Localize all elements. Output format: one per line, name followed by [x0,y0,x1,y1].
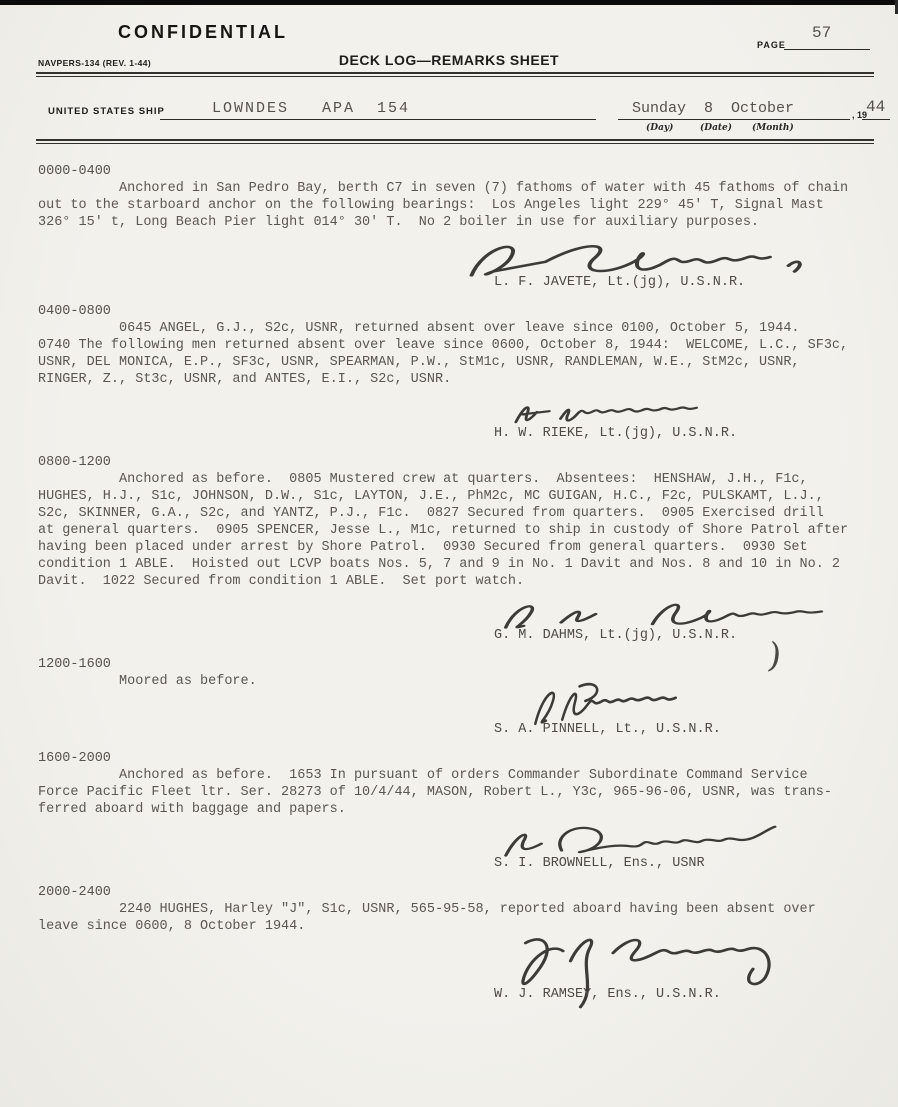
log-entry: 1600-2000 Anchored as before. 1653 In pu… [38,751,878,871]
entry-remarks-text: 0645 ANGEL, G.J., S2c, USNR, returned ab… [38,320,878,388]
deck-log-page: CONFIDENTIAL PAGE 57 NAVPERS-134 (REV. 1… [0,0,898,1107]
year-rule [862,119,890,120]
signature-block: G. M. DAHMS, Lt.(jg), U.S.N.R. [438,592,878,643]
month-caption: (Month) [752,123,794,133]
entry-remarks-text: 2240 HUGHES, Harley "J", S1c, USNR, 565-… [38,901,878,935]
signature-typed-name: L. F. JAVETE, Lt.(jg), U.S.N.R. [438,275,878,290]
page-number-rule [784,49,870,50]
log-entry: 2000-2400 2240 HUGHES, Harley "J", S1c, … [38,885,878,1002]
day-caption: (Day) [646,123,673,133]
subheader-rule [36,139,874,144]
classification-stamp: CONFIDENTIAL [118,22,288,43]
signature-typed-name: W. J. RAMSEY, Ens., U.S.N.R. [438,987,878,1002]
signature-block: H. W. RIEKE, Lt.(jg), U.S.N.R. [438,390,878,441]
year-typed: 44 [866,98,885,116]
signature-block: S. A. PINNELL, Lt., U.S.N.R. [438,676,878,737]
entry-time-range: 1200-1600 [38,657,878,672]
handwritten-signature-icon [493,931,793,1015]
ship-label: UNITED STATES SHIP [48,106,165,117]
signature-typed-name: H. W. RIEKE, Lt.(jg), U.S.N.R. [438,426,878,441]
entry-remarks-text: Anchored as before. 0805 Mustered crew a… [38,471,878,590]
page-label: PAGE [757,40,786,50]
entry-remarks-text: Anchored as before. 1653 In pursuant of … [38,767,878,818]
entry-time-range: 0000-0400 [38,164,878,179]
log-entry: 0400-0800 0645 ANGEL, G.J., S2c, USNR, r… [38,304,878,441]
log-entry: 1200-1600 Moored as before.S. A. PINNELL… [38,657,878,737]
signature-block: L. F. JAVETE, Lt.(jg), U.S.N.R. [438,233,878,290]
date-rule [618,119,850,120]
page-number: 57 [812,24,831,42]
log-entry: 0000-0400 Anchored in San Pedro Bay, ber… [38,164,878,290]
ship-name: LOWNDES APA 154 [212,100,410,117]
header-rule [36,72,874,77]
entry-time-range: 2000-2400 [38,885,878,900]
signature-typed-name: S. I. BROWNELL, Ens., USNR [438,856,878,871]
entry-time-range: 0400-0800 [38,304,878,319]
entry-time-range: 1600-2000 [38,751,878,766]
entry-time-range: 0800-1200 [38,455,878,470]
signature-typed-name: G. M. DAHMS, Lt.(jg), U.S.N.R. [438,628,878,643]
date-caption: (Date) [700,123,732,133]
entry-remarks-text: Anchored in San Pedro Bay, berth C7 in s… [38,180,878,231]
form-header: CONFIDENTIAL PAGE 57 NAVPERS-134 (REV. 1… [0,0,898,150]
signature-block: W. J. RAMSEY, Ens., U.S.N.R. [438,931,878,1002]
log-entry: 0800-1200 Anchored as before. 0805 Muste… [38,455,878,643]
ship-name-rule [160,119,596,120]
log-entries: 0000-0400 Anchored in San Pedro Bay, ber… [38,150,878,1006]
date-typed: Sunday 8 October [632,100,794,117]
signature-typed-name: S. A. PINNELL, Lt., U.S.N.R. [438,722,878,737]
signature-block: S. I. BROWNELL, Ens., USNR [438,820,878,871]
sheet-title: DECK LOG—REMARKS SHEET [0,52,898,68]
